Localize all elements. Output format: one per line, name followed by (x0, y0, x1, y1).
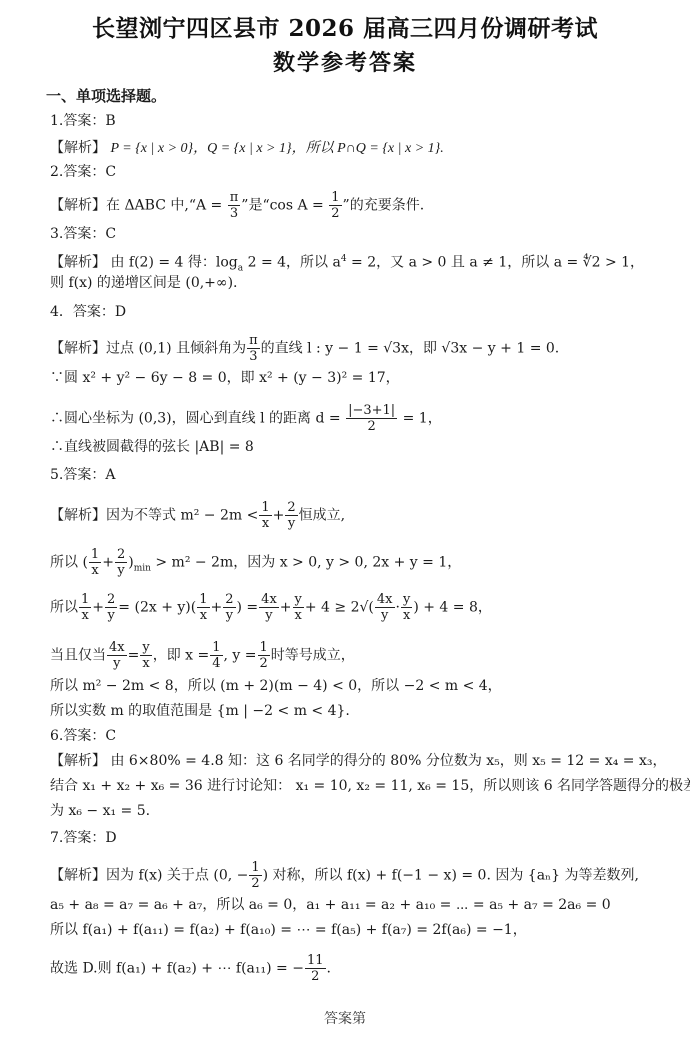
q4-analysis-line-1: 【解析】过点 (0,1) 且倾斜角为π3的直线 l : y − 1 = √3x，… (50, 333, 559, 364)
text: 2 = 4，所以 a (243, 255, 341, 271)
text: 【解析】 由 f(2) = 4 得：log (50, 255, 238, 271)
denominator: y (223, 608, 235, 623)
fraction: 12 (329, 190, 341, 221)
denominator: y (285, 516, 297, 531)
denominator: 3 (247, 349, 260, 364)
text: ”的充要条件. (343, 198, 425, 214)
document-title: 长望浏宁四区县市 2026 届高三四月份调研考试 (0, 10, 690, 43)
text: 当且仅当 (50, 648, 106, 664)
q1-answer: 1.答案：B (50, 112, 116, 130)
text: 时等号成立， (271, 648, 355, 664)
text: + (102, 555, 114, 571)
text: ∴圆心坐标为 (0,3)，圆心到直线 l 的距离 d = (50, 411, 345, 427)
fraction: 2y (285, 500, 297, 531)
q4-analysis-line-2: ∵圆 x² + y² − 6y − 8 = 0，即 x² + (y − 3)² … (50, 369, 400, 387)
fraction: 12 (249, 860, 261, 891)
numerator: π (228, 190, 241, 206)
text: = 2，又 a > 0 且 a ≠ 1，所以 a = ∜2 > 1， (347, 255, 644, 271)
subscript: min (134, 563, 151, 573)
q7-analysis-line-4: 故选 D.则 f(a₁) + f(a₂) + ⋯ f(a₁₁) = −112. (50, 953, 331, 984)
q5-answer: 5.答案：A (50, 466, 115, 484)
text: ) + 4 = 8， (413, 600, 492, 616)
text: 所以 (50, 600, 78, 616)
text: + (273, 508, 285, 524)
q5-analysis-line-6: 所以实数 m 的取值范围是 {m | −2 < m < 4}. (50, 702, 350, 720)
q7-analysis-line-3: 所以 f(a₁) + f(a₁₁) = f(a₂) + f(a₁₀) = ⋯ =… (50, 921, 527, 939)
q2-answer: 2.答案：C (50, 163, 116, 181)
q2-analysis: 【解析】在 ΔABC 中,“A = π3”是“cos A = 12”的充要条件. (50, 190, 424, 221)
page-footer: 答案第 (0, 1008, 690, 1028)
numerator: 4x (259, 592, 279, 608)
numerator: 1 (79, 592, 91, 608)
q4-analysis-line-4: ∴直线被圆截得的弦长 |AB| = 8 (50, 438, 254, 456)
fraction: 12 (258, 640, 270, 671)
q1-math: P = {x | x > 0}，Q = {x | x > 1}，所以 P∩Q =… (110, 141, 443, 156)
q5-analysis-line-4: 当且仅当4xy=yx，即 x =14, y =12时等号成立， (50, 640, 355, 671)
q4-answer: 4．答案：D (50, 303, 126, 321)
fraction: 112 (305, 953, 326, 984)
fraction: yx (401, 592, 412, 623)
fraction: 14 (210, 640, 222, 671)
text: 恒成立, (299, 508, 345, 524)
denominator: x (293, 608, 304, 623)
text: ”是“cos A = (241, 198, 328, 214)
text: 【解析】在 ΔABC 中,“A = (50, 198, 227, 214)
denominator: 2 (329, 206, 341, 221)
denominator: 2 (249, 876, 261, 891)
text: > m² − 2m，因为 x > 0, y > 0, 2x + y = 1， (151, 555, 461, 571)
numerator: y (401, 592, 412, 608)
denominator: x (79, 608, 91, 623)
numerator: 1 (89, 547, 101, 563)
fraction: π3 (247, 333, 260, 364)
denominator: y (105, 608, 117, 623)
text: 所以 ( (50, 555, 88, 571)
denominator: 4 (210, 656, 222, 671)
numerator: 2 (115, 547, 127, 563)
numerator: 1 (258, 640, 270, 656)
denominator: y (375, 608, 395, 623)
denominator: x (259, 516, 271, 531)
numerator: 1 (259, 500, 271, 516)
fraction: 4xy (107, 640, 127, 671)
denominator: y (115, 563, 127, 578)
numerator: 2 (223, 592, 235, 608)
numerator: |−3+1| (346, 403, 397, 419)
text: ) 对称，所以 f(x) + f(−1 − x) = 0. 因为 {aₙ} 为等… (263, 868, 639, 884)
denominator: x (197, 608, 209, 623)
text: + 4 ≥ 2√( (305, 600, 374, 616)
denominator: 2 (346, 419, 397, 434)
q7-answer: 7.答案：D (50, 829, 117, 847)
q5-analysis-line-2: 所以 (1x+2y)min > m² − 2m，因为 x > 0, y > 0,… (50, 547, 461, 578)
q4-analysis-line-3: ∴圆心坐标为 (0,3)，圆心到直线 l 的距离 d = |−3+1|2 = 1… (50, 403, 442, 434)
fraction: yx (140, 640, 151, 671)
numerator: π (247, 333, 260, 349)
text: ) = (237, 600, 259, 616)
q5-analysis-line-1: 【解析】因为不等式 m² − 2m <1x+2y恒成立, (50, 500, 345, 531)
document-subtitle: 数学参考答案 (0, 46, 690, 77)
fraction: 2y (223, 592, 235, 623)
numerator: 2 (285, 500, 297, 516)
numerator: 2 (105, 592, 117, 608)
denominator: x (140, 656, 151, 671)
denominator: y (259, 608, 279, 623)
fraction: 4xy (259, 592, 279, 623)
fraction: 1x (79, 592, 91, 623)
q3-analysis-line-2: 则 f(x) 的递增区间是 (0,+∞). (50, 274, 237, 292)
q5-analysis-line-5: 所以 m² − 2m < 8，所以 (m + 2)(m − 4) < 0，所以 … (50, 677, 502, 695)
text: . (327, 961, 331, 977)
fraction: 4xy (375, 592, 395, 623)
text: = 1， (398, 411, 442, 427)
denominator: 2 (305, 969, 326, 984)
fraction: 2y (115, 547, 127, 578)
numerator: 11 (305, 953, 326, 969)
fraction: |−3+1|2 (346, 403, 397, 434)
fraction: 1x (89, 547, 101, 578)
q3-answer: 3.答案：C (50, 225, 116, 243)
denominator: 3 (228, 206, 241, 221)
q7-analysis-line-2: a₅ + a₈ = a₇ = a₆ + a₇，所以 a₆ = 0，a₁ + a₁… (50, 896, 611, 914)
text: + (211, 600, 223, 616)
numerator: 1 (210, 640, 222, 656)
answer-key-page: 长望浏宁四区县市 2026 届高三四月份调研考试 数学参考答案 一、单项选择题。… (0, 0, 690, 1048)
analysis-label: 【解析】 (50, 140, 110, 156)
fraction: 1x (259, 500, 271, 531)
numerator: 1 (329, 190, 341, 206)
section-heading: 一、单项选择题。 (46, 87, 166, 105)
fraction: 2y (105, 592, 117, 623)
numerator: 1 (249, 860, 261, 876)
q1-analysis: 【解析】 P = {x | x > 0}，Q = {x | x > 1}，所以 … (50, 139, 444, 158)
fraction: π3 (228, 190, 241, 221)
numerator: y (140, 640, 151, 656)
q6-analysis-line-1: 【解析】 由 6×80% = 4.8 知：这 6 名同学的得分的 80% 分位数… (50, 752, 666, 770)
q7-analysis-line-1: 【解析】因为 f(x) 关于点 (0, −12) 对称，所以 f(x) + f(… (50, 860, 639, 891)
text: 的直线 l : y − 1 = √3x，即 √3x − y + 1 = 0. (261, 341, 560, 357)
q5-analysis-line-3: 所以1x+2y= (2x + y)(1x+2y) =4xy+yx+ 4 ≥ 2√… (50, 592, 492, 623)
numerator: 4x (107, 640, 127, 656)
text: 【解析】因为 f(x) 关于点 (0, − (50, 868, 248, 884)
numerator: y (293, 592, 304, 608)
denominator: x (89, 563, 101, 578)
numerator: 4x (375, 592, 395, 608)
fraction: yx (293, 592, 304, 623)
text: 故选 D.则 f(a₁) + f(a₂) + ⋯ f(a₁₁) = − (50, 961, 304, 977)
text: 【解析】过点 (0,1) 且倾斜角为 (50, 341, 246, 357)
text: 【解析】因为不等式 m² − 2m < (50, 508, 258, 524)
denominator: x (401, 608, 412, 623)
numerator: 1 (197, 592, 209, 608)
text: ，即 x = (153, 648, 210, 664)
text: · (396, 600, 400, 616)
fraction: 1x (197, 592, 209, 623)
text: + (280, 600, 292, 616)
q6-analysis-line-2: 结合 x₁ + x₂ + x₆ = 36 进行讨论知： x₁ = 10, x₂ … (50, 777, 690, 795)
q6-answer: 6.答案：C (50, 727, 116, 745)
text: + (92, 600, 104, 616)
q6-analysis-line-3: 为 x₆ − x₁ = 5. (50, 802, 150, 820)
denominator: 2 (258, 656, 270, 671)
text: = (128, 648, 140, 664)
text: = (2x + y)( (118, 600, 196, 616)
denominator: y (107, 656, 127, 671)
text: , y = (224, 648, 257, 664)
